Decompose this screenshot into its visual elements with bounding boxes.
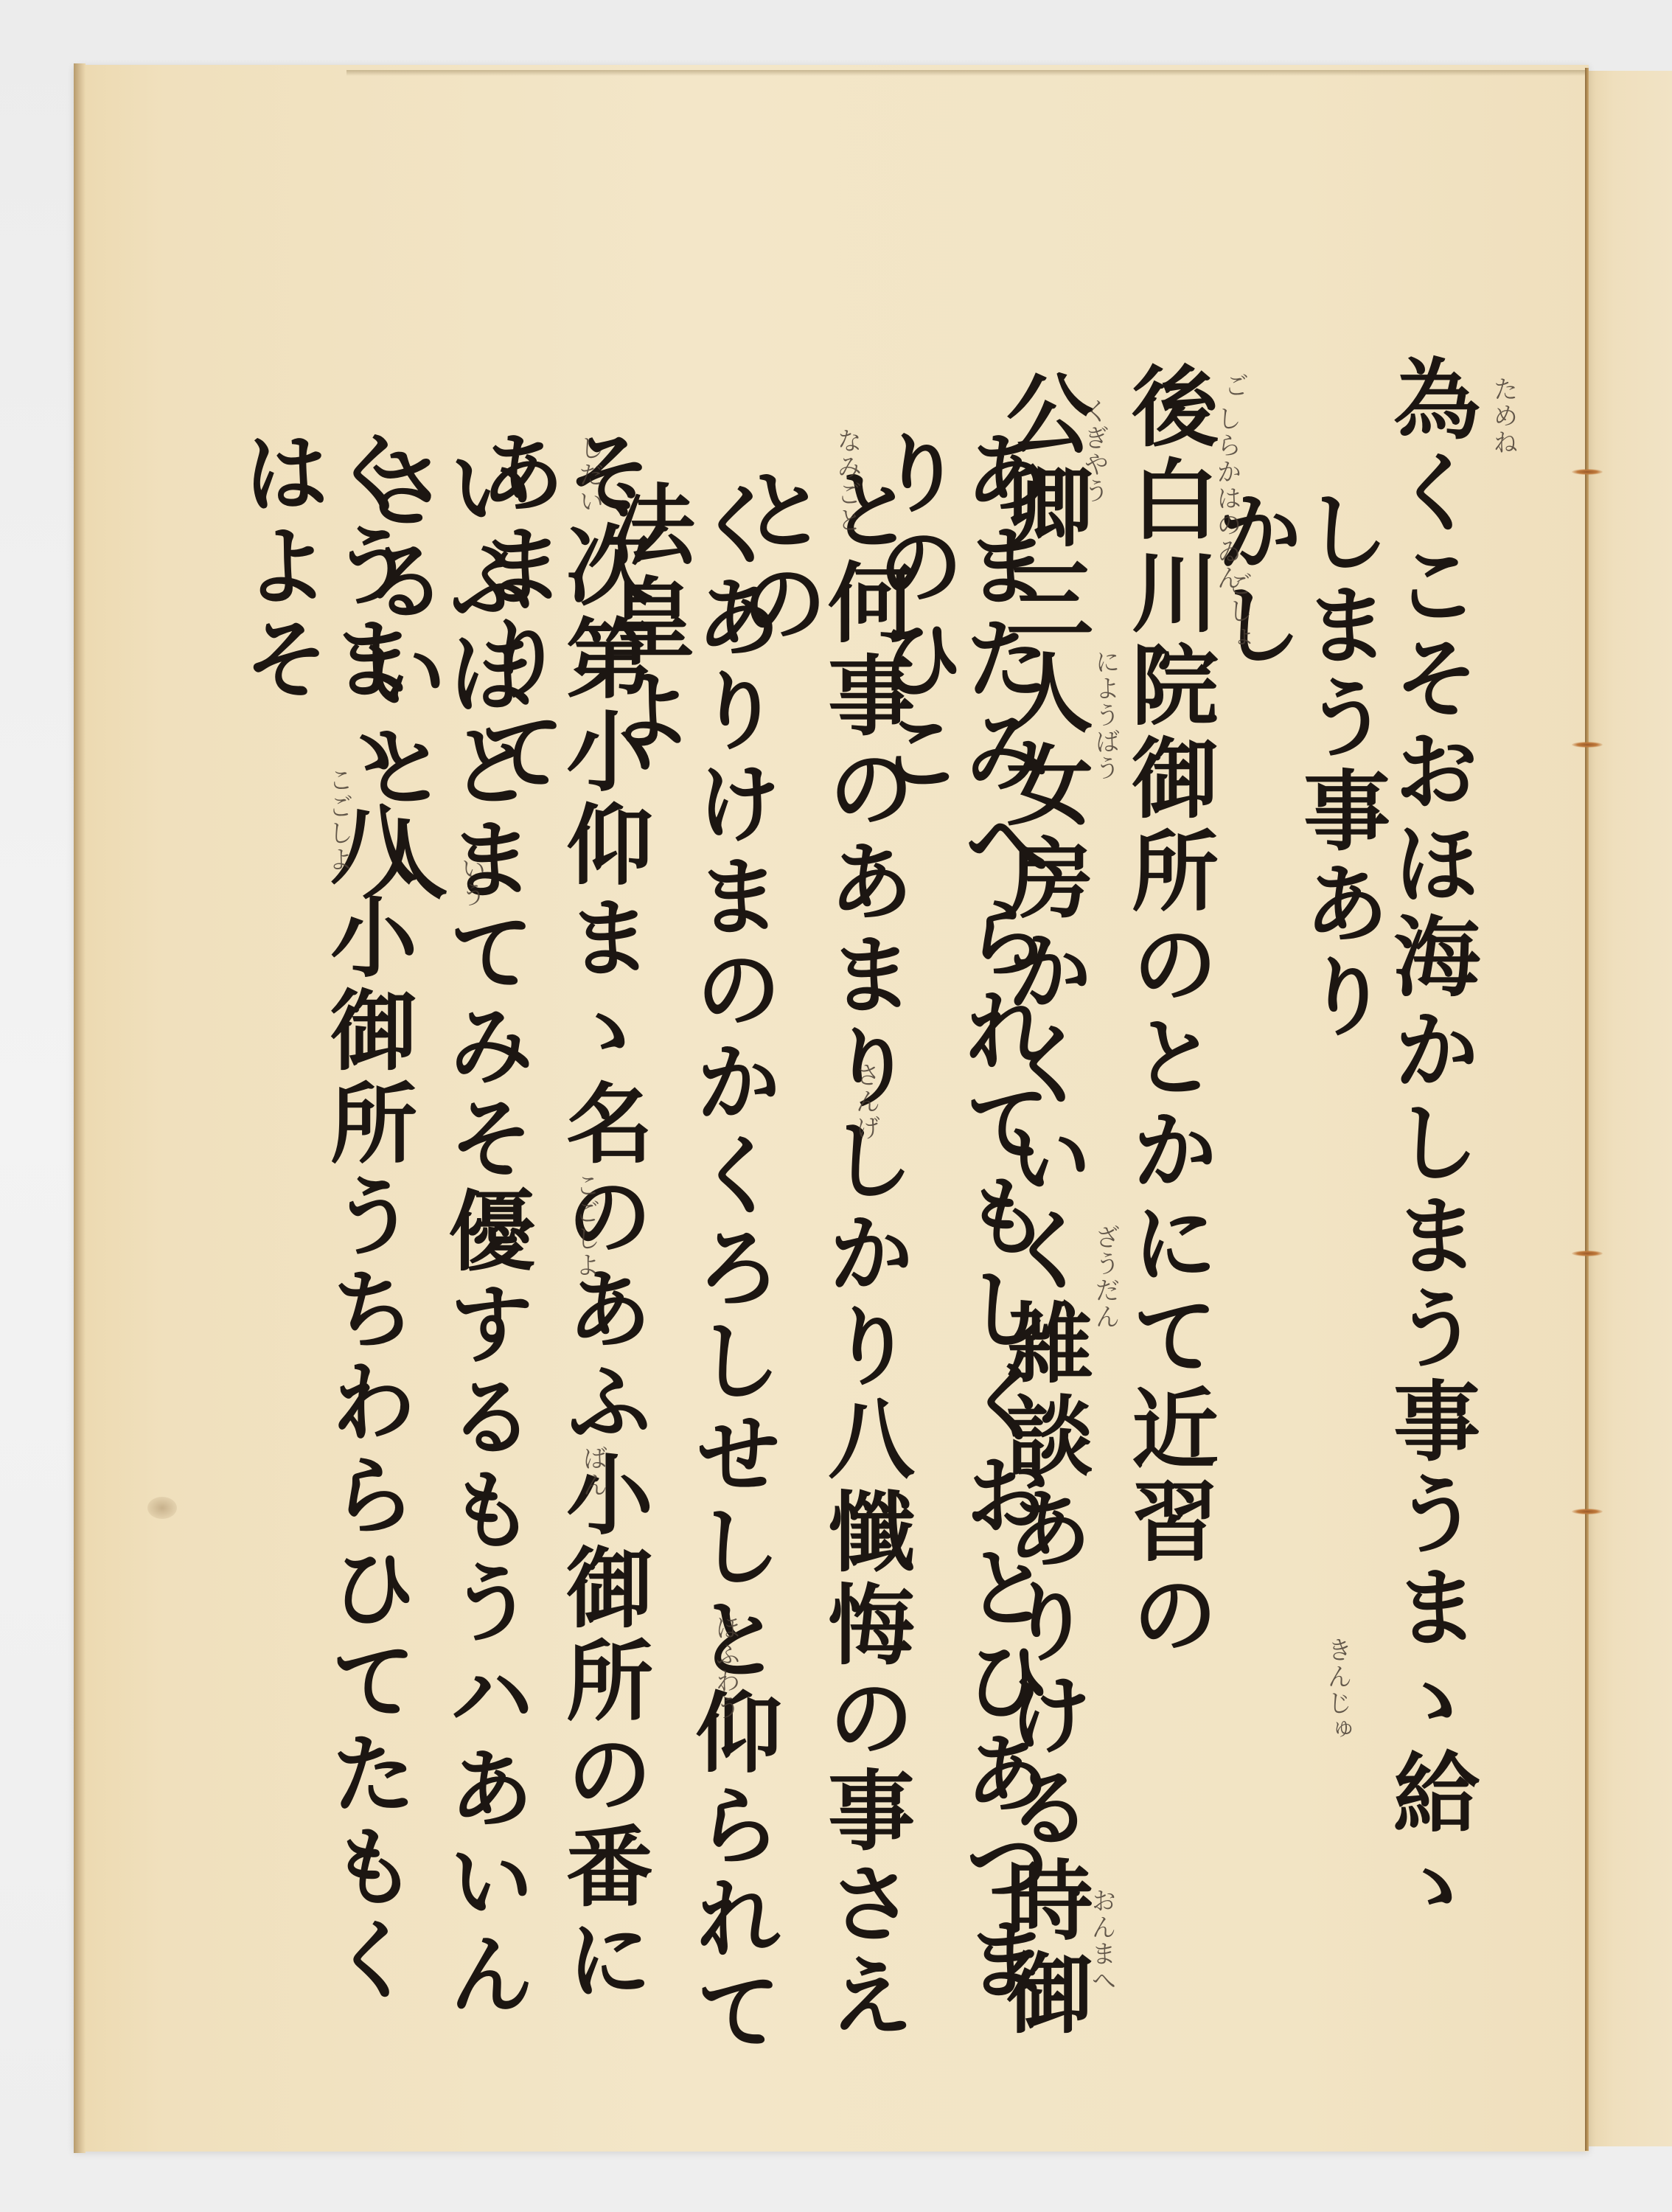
- adjacent-page: [1589, 71, 1672, 2146]
- text-column-10: くうまゝ八小御所うちわらひてたもくはよそ: [236, 428, 410, 2087]
- furigana: ほふわう: [708, 1615, 744, 1721]
- text-column-3: 後白川院御所のとかにて近習の: [1124, 361, 1211, 2020]
- binding-stitch: [1572, 1251, 1603, 1256]
- binding-stitch: [1572, 469, 1603, 475]
- binding-stitch: [1572, 742, 1603, 748]
- furigana: くぎやう: [1076, 398, 1112, 504]
- furigana: なみごと: [829, 428, 865, 534]
- furigana: こごしよ: [568, 1172, 604, 1279]
- furigana: おんまへ: [1084, 1888, 1120, 1994]
- binding-fold-line: [1585, 68, 1589, 2151]
- furigana: しらかはのゐん: [1209, 406, 1245, 591]
- furigana: ざうだん: [1087, 1224, 1124, 1330]
- paper-stain: [147, 1497, 177, 1519]
- furigana: きんじゅ: [1320, 1637, 1356, 1743]
- furigana: ごしょ: [1220, 571, 1256, 651]
- furigana: こごしよ: [321, 767, 357, 873]
- furigana: ご: [1216, 372, 1253, 399]
- page-top-edge: [346, 70, 1585, 76]
- page-stack-edge: [74, 63, 86, 2153]
- binding-stitch: [1572, 1509, 1603, 1514]
- furigana: ばん: [575, 1445, 611, 1498]
- furigana: いう: [453, 855, 490, 908]
- furigana: さんげ: [848, 1062, 884, 1141]
- furigana: しだい: [571, 435, 607, 515]
- furigana: にようばう: [1087, 649, 1124, 782]
- furigana: ためね: [1485, 376, 1522, 456]
- text-column-1: 為くこそおほ海かしまう事うまゝ給ゝ: [1386, 354, 1473, 2013]
